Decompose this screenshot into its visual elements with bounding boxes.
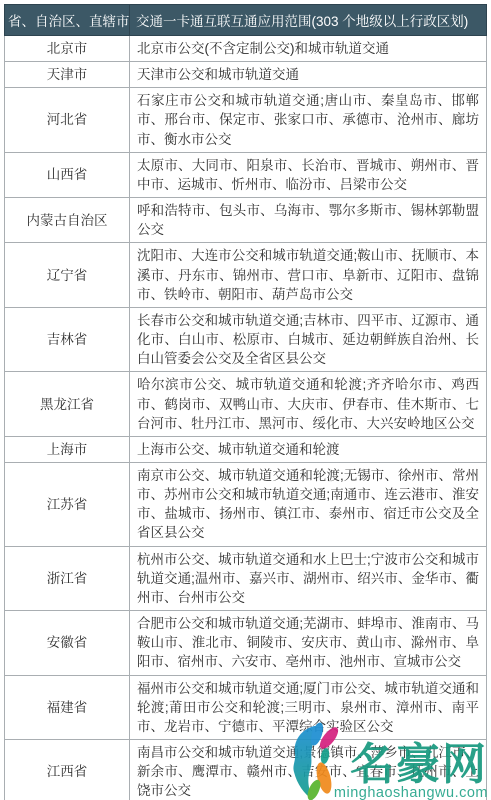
scope-cell: 沈阳市、大连市公交和城市轨道交通;鞍山市、抚顺市、本溪市、丹东市、锦州市、营口市… <box>130 243 487 307</box>
table-body: 北京市 北京市公交(不含定制公交)和城市轨道交通 天津市 天津市公交和城市轨道交… <box>5 36 487 800</box>
table-row: 辽宁省 沈阳市、大连市公交和城市轨道交通;鞍山市、抚顺市、本溪市、丹东市、锦州市… <box>5 243 487 307</box>
scope-cell: 长春市公交和城市轨道交通;吉林市、四平市、辽源市、通化市、白山市、松原市、白城市… <box>130 307 487 371</box>
scope-cell: 南京市公交、城市轨道交通和轮渡;无锡市、徐州市、常州市、苏州市公交和城市轨道交通… <box>130 462 487 546</box>
table-row: 上海市 上海市公交、城市轨道交通和轮渡 <box>5 436 487 462</box>
transit-interop-table: 省、自治区、直辖市 交通一卡通互联互通应用范围(303 个地级以上行政区划) 北… <box>4 4 487 800</box>
scope-cell: 北京市公交(不含定制公交)和城市轨道交通 <box>130 36 487 62</box>
table-row: 浙江省 杭州市公交、城市轨道交通和水上巴士;宁波市公交和城市轨道交通;温州市、嘉… <box>5 546 487 610</box>
region-cell: 吉林省 <box>5 307 130 371</box>
table-row: 江苏省 南京市公交、城市轨道交通和轮渡;无锡市、徐州市、常州市、苏州市公交和城市… <box>5 462 487 546</box>
scope-cell: 上海市公交、城市轨道交通和轮渡 <box>130 436 487 462</box>
scope-cell: 哈尔滨市公交、城市轨道交通和轮渡;齐齐哈尔市、鸡西市、鹤岗市、双鸭山市、大庆市、… <box>130 372 487 436</box>
region-cell: 福建省 <box>5 675 130 739</box>
table-row: 天津市 天津市公交和城市轨道交通 <box>5 62 487 88</box>
region-cell: 山西省 <box>5 152 130 197</box>
scope-cell: 福州市公交和城市轨道交通;厦门市公交、城市轨道交通和轮渡;莆田市公交和轮渡;三明… <box>130 675 487 739</box>
region-cell: 江苏省 <box>5 462 130 546</box>
table-row: 山西省 太原市、大同市、阳泉市、长治市、晋城市、朔州市、晋中市、运城市、忻州市、… <box>5 152 487 197</box>
scope-cell: 南昌市公交和城市轨道交通;景德镇市、萍乡市、九江市、新余市、鹰潭市、赣州市、吉安… <box>130 740 487 800</box>
region-cell: 河北省 <box>5 88 130 152</box>
column-header-region: 省、自治区、直辖市 <box>5 5 130 36</box>
region-cell: 江西省 <box>5 740 130 800</box>
table-row: 黑龙江省 哈尔滨市公交、城市轨道交通和轮渡;齐齐哈尔市、鸡西市、鹤岗市、双鸭山市… <box>5 372 487 436</box>
region-cell: 内蒙古自治区 <box>5 198 130 243</box>
table-header-row: 省、自治区、直辖市 交通一卡通互联互通应用范围(303 个地级以上行政区划) <box>5 5 487 36</box>
scope-cell: 呼和浩特市、包头市、乌海市、鄂尔多斯市、锡林郭勒盟公交 <box>130 198 487 243</box>
table-row: 北京市 北京市公交(不含定制公交)和城市轨道交通 <box>5 36 487 62</box>
region-cell: 北京市 <box>5 36 130 62</box>
region-cell: 上海市 <box>5 436 130 462</box>
region-cell: 天津市 <box>5 62 130 88</box>
table-row: 吉林省 长春市公交和城市轨道交通;吉林市、四平市、辽源市、通化市、白山市、松原市… <box>5 307 487 371</box>
table-row: 安徽省 合肥市公交和城市轨道交通;芜湖市、蚌埠市、淮南市、马鞍山市、淮北市、铜陵… <box>5 611 487 675</box>
scope-cell: 杭州市公交、城市轨道交通和水上巴士;宁波市公交和城市轨道交通;温州市、嘉兴市、湖… <box>130 546 487 610</box>
scope-cell: 合肥市公交和城市轨道交通;芜湖市、蚌埠市、淮南市、马鞍山市、淮北市、铜陵市、安庆… <box>130 611 487 675</box>
scope-cell: 石家庄市公交和城市轨道交通;唐山市、秦皇岛市、邯郸市、邢台市、保定市、张家口市、… <box>130 88 487 152</box>
region-cell: 黑龙江省 <box>5 372 130 436</box>
region-cell: 浙江省 <box>5 546 130 610</box>
table-row: 内蒙古自治区 呼和浩特市、包头市、乌海市、鄂尔多斯市、锡林郭勒盟公交 <box>5 198 487 243</box>
scope-cell: 天津市公交和城市轨道交通 <box>130 62 487 88</box>
scope-cell: 太原市、大同市、阳泉市、长治市、晋城市、朔州市、晋中市、运城市、忻州市、临汾市、… <box>130 152 487 197</box>
region-cell: 辽宁省 <box>5 243 130 307</box>
table-row: 江西省 南昌市公交和城市轨道交通;景德镇市、萍乡市、九江市、新余市、鹰潭市、赣州… <box>5 740 487 800</box>
table-row: 福建省 福州市公交和城市轨道交通;厦门市公交、城市轨道交通和轮渡;莆田市公交和轮… <box>5 675 487 739</box>
page: 省、自治区、直辖市 交通一卡通互联互通应用范围(303 个地级以上行政区划) 北… <box>0 4 491 800</box>
column-header-scope: 交通一卡通互联互通应用范围(303 个地级以上行政区划) <box>130 5 487 36</box>
region-cell: 安徽省 <box>5 611 130 675</box>
table-row: 河北省 石家庄市公交和城市轨道交通;唐山市、秦皇岛市、邯郸市、邢台市、保定市、张… <box>5 88 487 152</box>
